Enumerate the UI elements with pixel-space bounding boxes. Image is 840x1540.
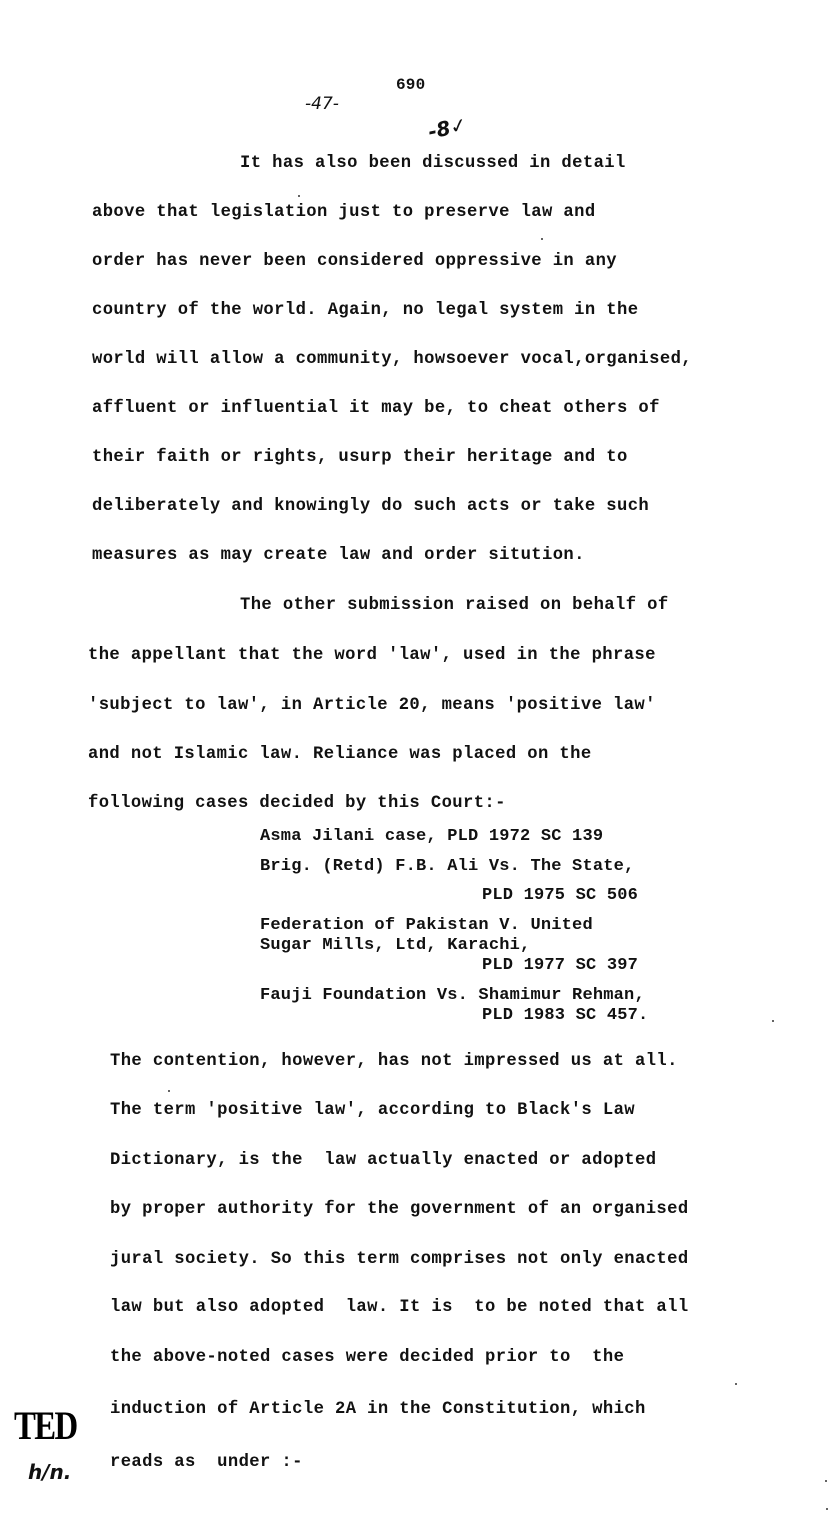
text-line: The contention, however, has not impress…: [110, 1052, 678, 1071]
text-line: law but also adopted law. It is to be no…: [110, 1298, 689, 1317]
case-citation-reference: PLD 1975 SC 506: [482, 886, 638, 905]
typed-page-number: -47-: [305, 94, 339, 114]
text-line: The other submission raised on behalf of: [240, 596, 669, 615]
text-line: Dictionary, is the law actually enacted …: [110, 1151, 656, 1170]
scan-speck: [168, 1090, 170, 1092]
text-line: jural society. So this term comprises no…: [110, 1250, 689, 1269]
text-line: the appellant that the word 'law', used …: [88, 646, 656, 665]
text-line: It has also been discussed in detail: [240, 154, 626, 173]
case-citation: Fauji Foundation Vs. Shamimur Rehman,: [260, 986, 645, 1005]
case-citation: Brig. (Retd) F.B. Ali Vs. The State,: [260, 857, 634, 876]
text-line: The term 'positive law', according to Bl…: [110, 1101, 635, 1120]
scan-speck: [541, 238, 543, 240]
text-line: order has never been considered oppressi…: [92, 252, 617, 271]
text-line: following cases decided by this Court:-: [88, 794, 506, 813]
text-line: world will allow a community, howsoever …: [92, 350, 692, 369]
text-line: affluent or influential it may be, to ch…: [92, 399, 660, 418]
scan-speck: [735, 1383, 737, 1385]
margin-signature: h/n.: [28, 1460, 71, 1484]
text-line: their faith or rights, usurp their herit…: [92, 448, 628, 467]
page-number-stamp: 690: [396, 76, 425, 94]
scan-speck: [826, 1508, 828, 1510]
case-citation-reference: PLD 1983 SC 457.: [482, 1006, 648, 1025]
margin-stamp: TED: [14, 1402, 77, 1449]
text-line: reads as under :-: [110, 1453, 303, 1472]
text-line: by proper authority for the government o…: [110, 1200, 689, 1219]
text-line: country of the world. Again, no legal sy…: [92, 301, 638, 320]
text-line: induction of Article 2A in the Constitut…: [110, 1400, 646, 1419]
text-line: deliberately and knowingly do such acts …: [92, 497, 649, 516]
text-line: measures as may create law and order sit…: [92, 546, 585, 565]
text-line: above that legislation just to preserve …: [92, 203, 596, 222]
text-line: 'subject to law', in Article 20, means '…: [88, 696, 656, 715]
scanned-document-page: 690 -47- -8✓ It has also been discussed …: [0, 0, 840, 1540]
scan-speck: [772, 1020, 774, 1022]
case-citation: Federation of Pakistan V. United: [260, 916, 593, 935]
scan-speck: [825, 1480, 827, 1482]
text-line: the above-noted cases were decided prior…: [110, 1348, 624, 1367]
handwritten-mark: -8✓: [426, 112, 469, 144]
case-citation: Sugar Mills, Ltd, Karachi,: [260, 936, 530, 955]
scan-speck: [298, 195, 300, 197]
text-line: and not Islamic law. Reliance was placed…: [88, 745, 592, 764]
case-citation-reference: PLD 1977 SC 397: [482, 956, 638, 975]
case-citation: Asma Jilani case, PLD 1972 SC 139: [260, 827, 603, 846]
